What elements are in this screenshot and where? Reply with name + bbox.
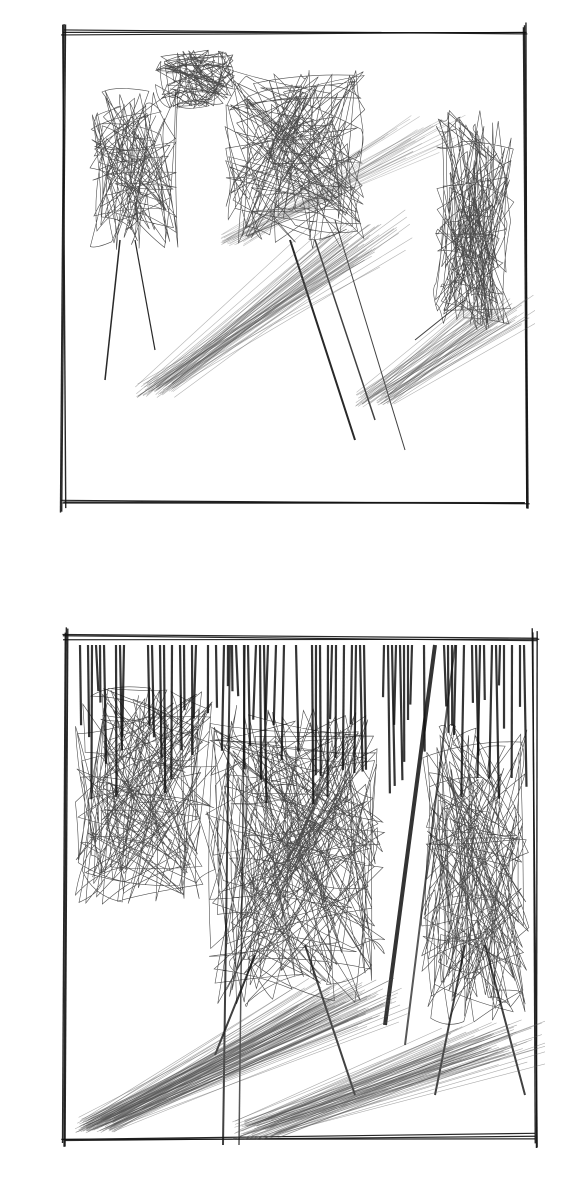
sketch-panel-bottom [55,625,545,1150]
sketch-panel-top [55,20,535,515]
sketch-top-drawing [55,20,535,515]
sketch-bottom-drawing [55,625,545,1150]
